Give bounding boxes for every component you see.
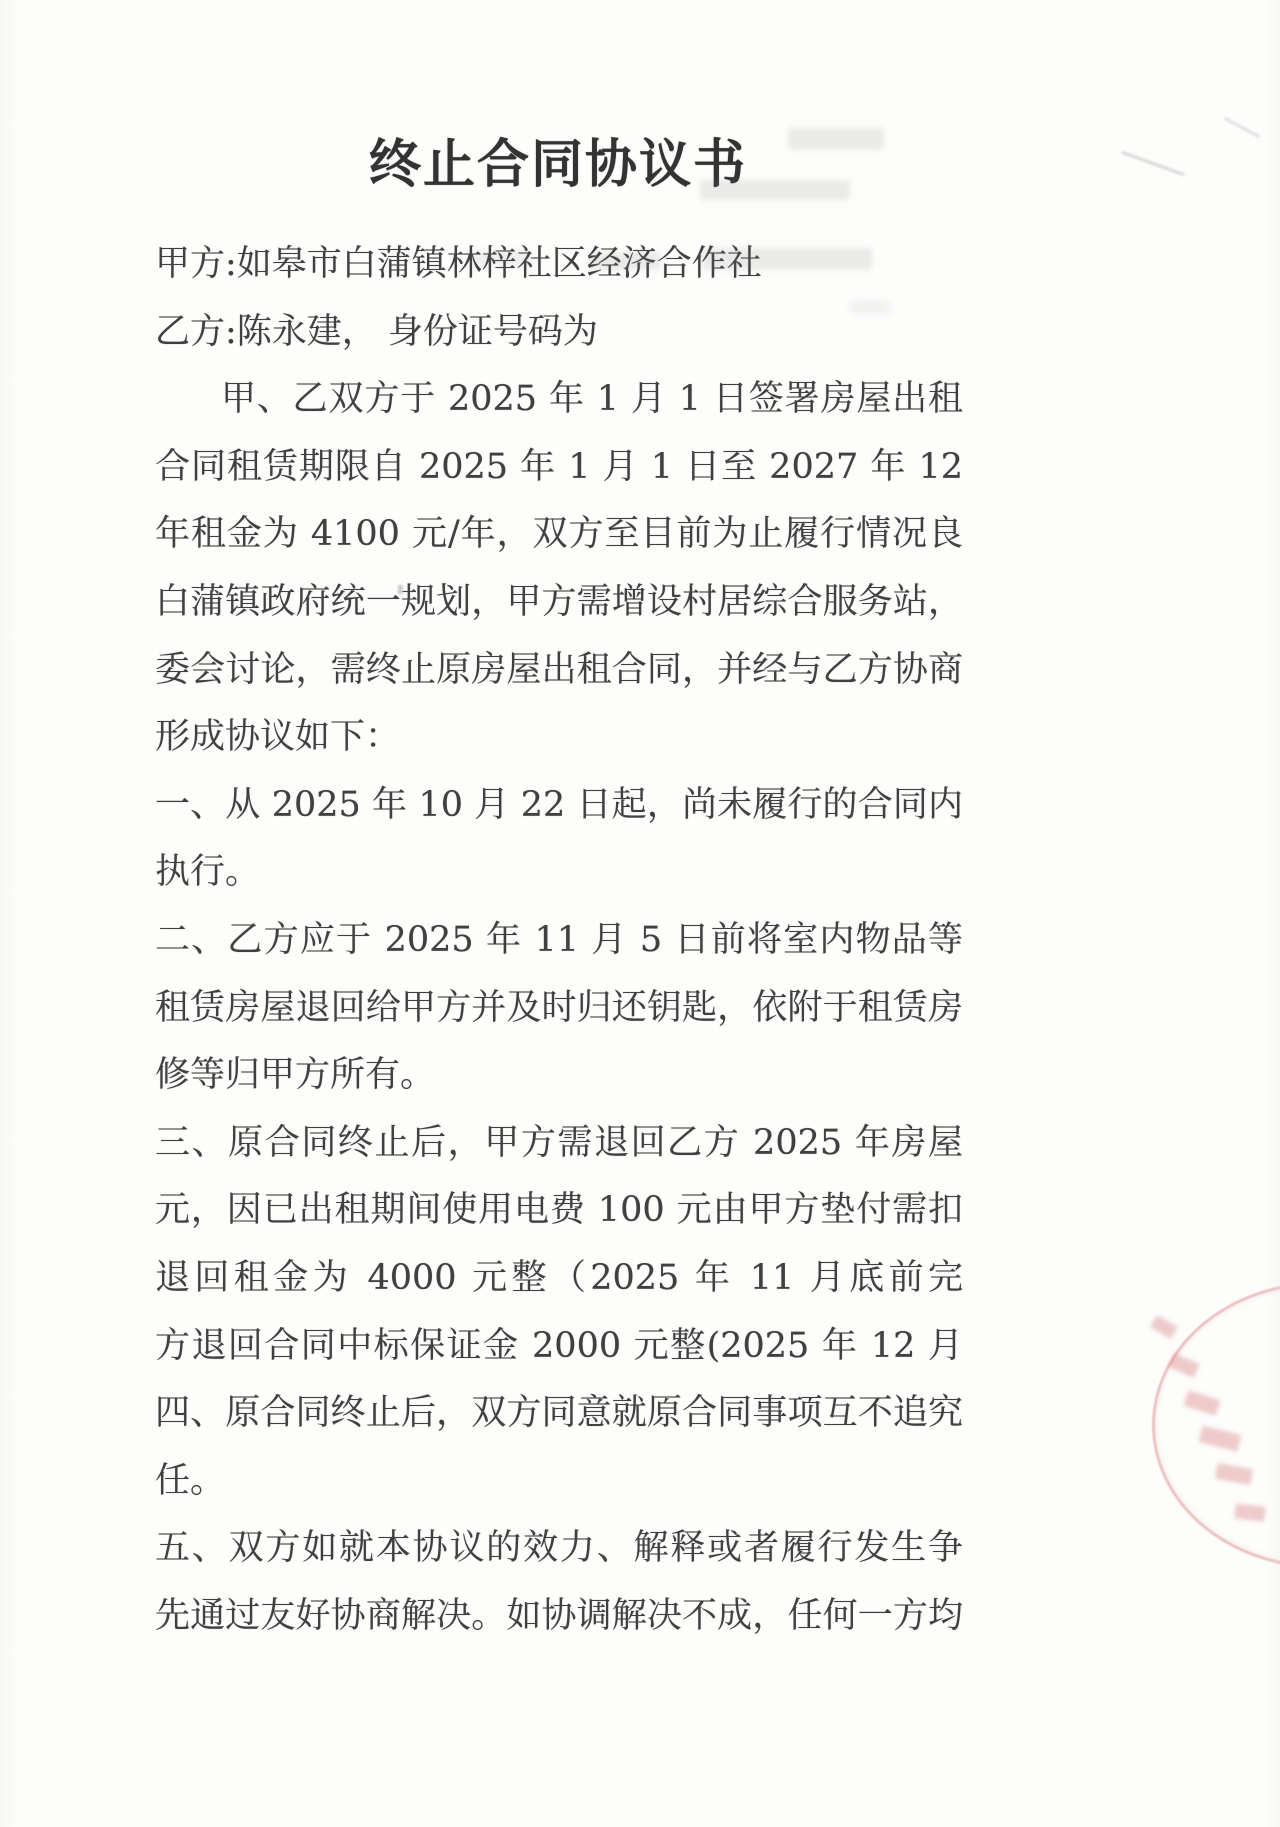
bleedthrough-artifact [590, 252, 660, 270]
document-line: 一、从 2025 年 10 月 22 日起，尚未履行的合同内容，终止 [155, 772, 963, 840]
document-line: 四、原合同终止后，双方同意就原合同事项互不追究法律责 [155, 1380, 963, 1448]
document-line: 三、原合同终止后，甲方需退回乙方 2025 年房屋租金 4100 [155, 1110, 963, 1178]
seal-glyph-artifact [1234, 1503, 1265, 1521]
seal-glyph-artifact [1150, 1315, 1178, 1339]
document-line: 元，因已出租期间使用电费 100 元由甲方垫付需扣除，实际 [155, 1177, 963, 1245]
scanned-document-page: 终止合同协议书 甲方:如皋市白蒲镇林梓社区经济合作社乙方:陈永建， 身份证号码为… [0, 0, 1280, 1827]
document-line: 合同租赁期限自 2025 年 1 月 1 日至 2027 年 12 月 31 日… [155, 434, 963, 502]
document-line: 二、乙方应于 2025 年 11 月 5 日前将室内物品等自行搬出， [155, 907, 963, 975]
document-line: 年租金为 4100 元/年，双方至目前为止履行情况良好。由于 [155, 501, 963, 569]
document-line: 甲、乙双方于 2025 年 1 月 1 日签署房屋出租合同，原 [155, 366, 963, 434]
document-line: 修等归甲方所有。 [155, 1042, 963, 1110]
bleedthrough-artifact [850, 300, 890, 314]
document-line: 先通过友好协商解决。如协调解决不成，任何一方均有权向 [155, 1583, 963, 1651]
bleedthrough-artifact [702, 248, 872, 270]
document-line: 白蒲镇政府统一规划，甲方需增设村居综合服务站，经村两 [155, 569, 963, 637]
document-line: 租赁房屋退回给甲方并及时归还钥匙，依附于租赁房屋的装 [155, 975, 963, 1043]
document-line: 乙方:陈永建， 身份证号码为 320682198506132296 [155, 299, 963, 367]
document-body: 甲方:如皋市白蒲镇林梓社区经济合作社乙方:陈永建， 身份证号码为 3206821… [155, 231, 963, 1650]
bleedthrough-artifact [788, 128, 884, 150]
scan-speck-artifact [398, 585, 403, 594]
bleedthrough-artifact [700, 180, 850, 200]
scan-streak-artifact [1224, 117, 1261, 138]
document-line: 委会讨论，需终止原房屋出租合同，并经与乙方协商一致， [155, 637, 963, 705]
document-line: 执行。 [155, 839, 963, 907]
document-line: 退回租金为 4000 元整（2025 年 11 月底前完成），并协助乙 [155, 1245, 963, 1313]
document-line: 方退回合同中标保证金 2000 元整(2025 年 12 月底之前完成)。 [155, 1313, 963, 1381]
document-line: 任。 [155, 1448, 963, 1516]
scan-streak-artifact [1121, 151, 1184, 176]
document-line: 五、双方如就本协议的效力、解释或者履行发生争议，应首 [155, 1515, 963, 1583]
document-line: 形成协议如下： [155, 704, 963, 772]
bleedthrough-artifact [470, 250, 530, 266]
